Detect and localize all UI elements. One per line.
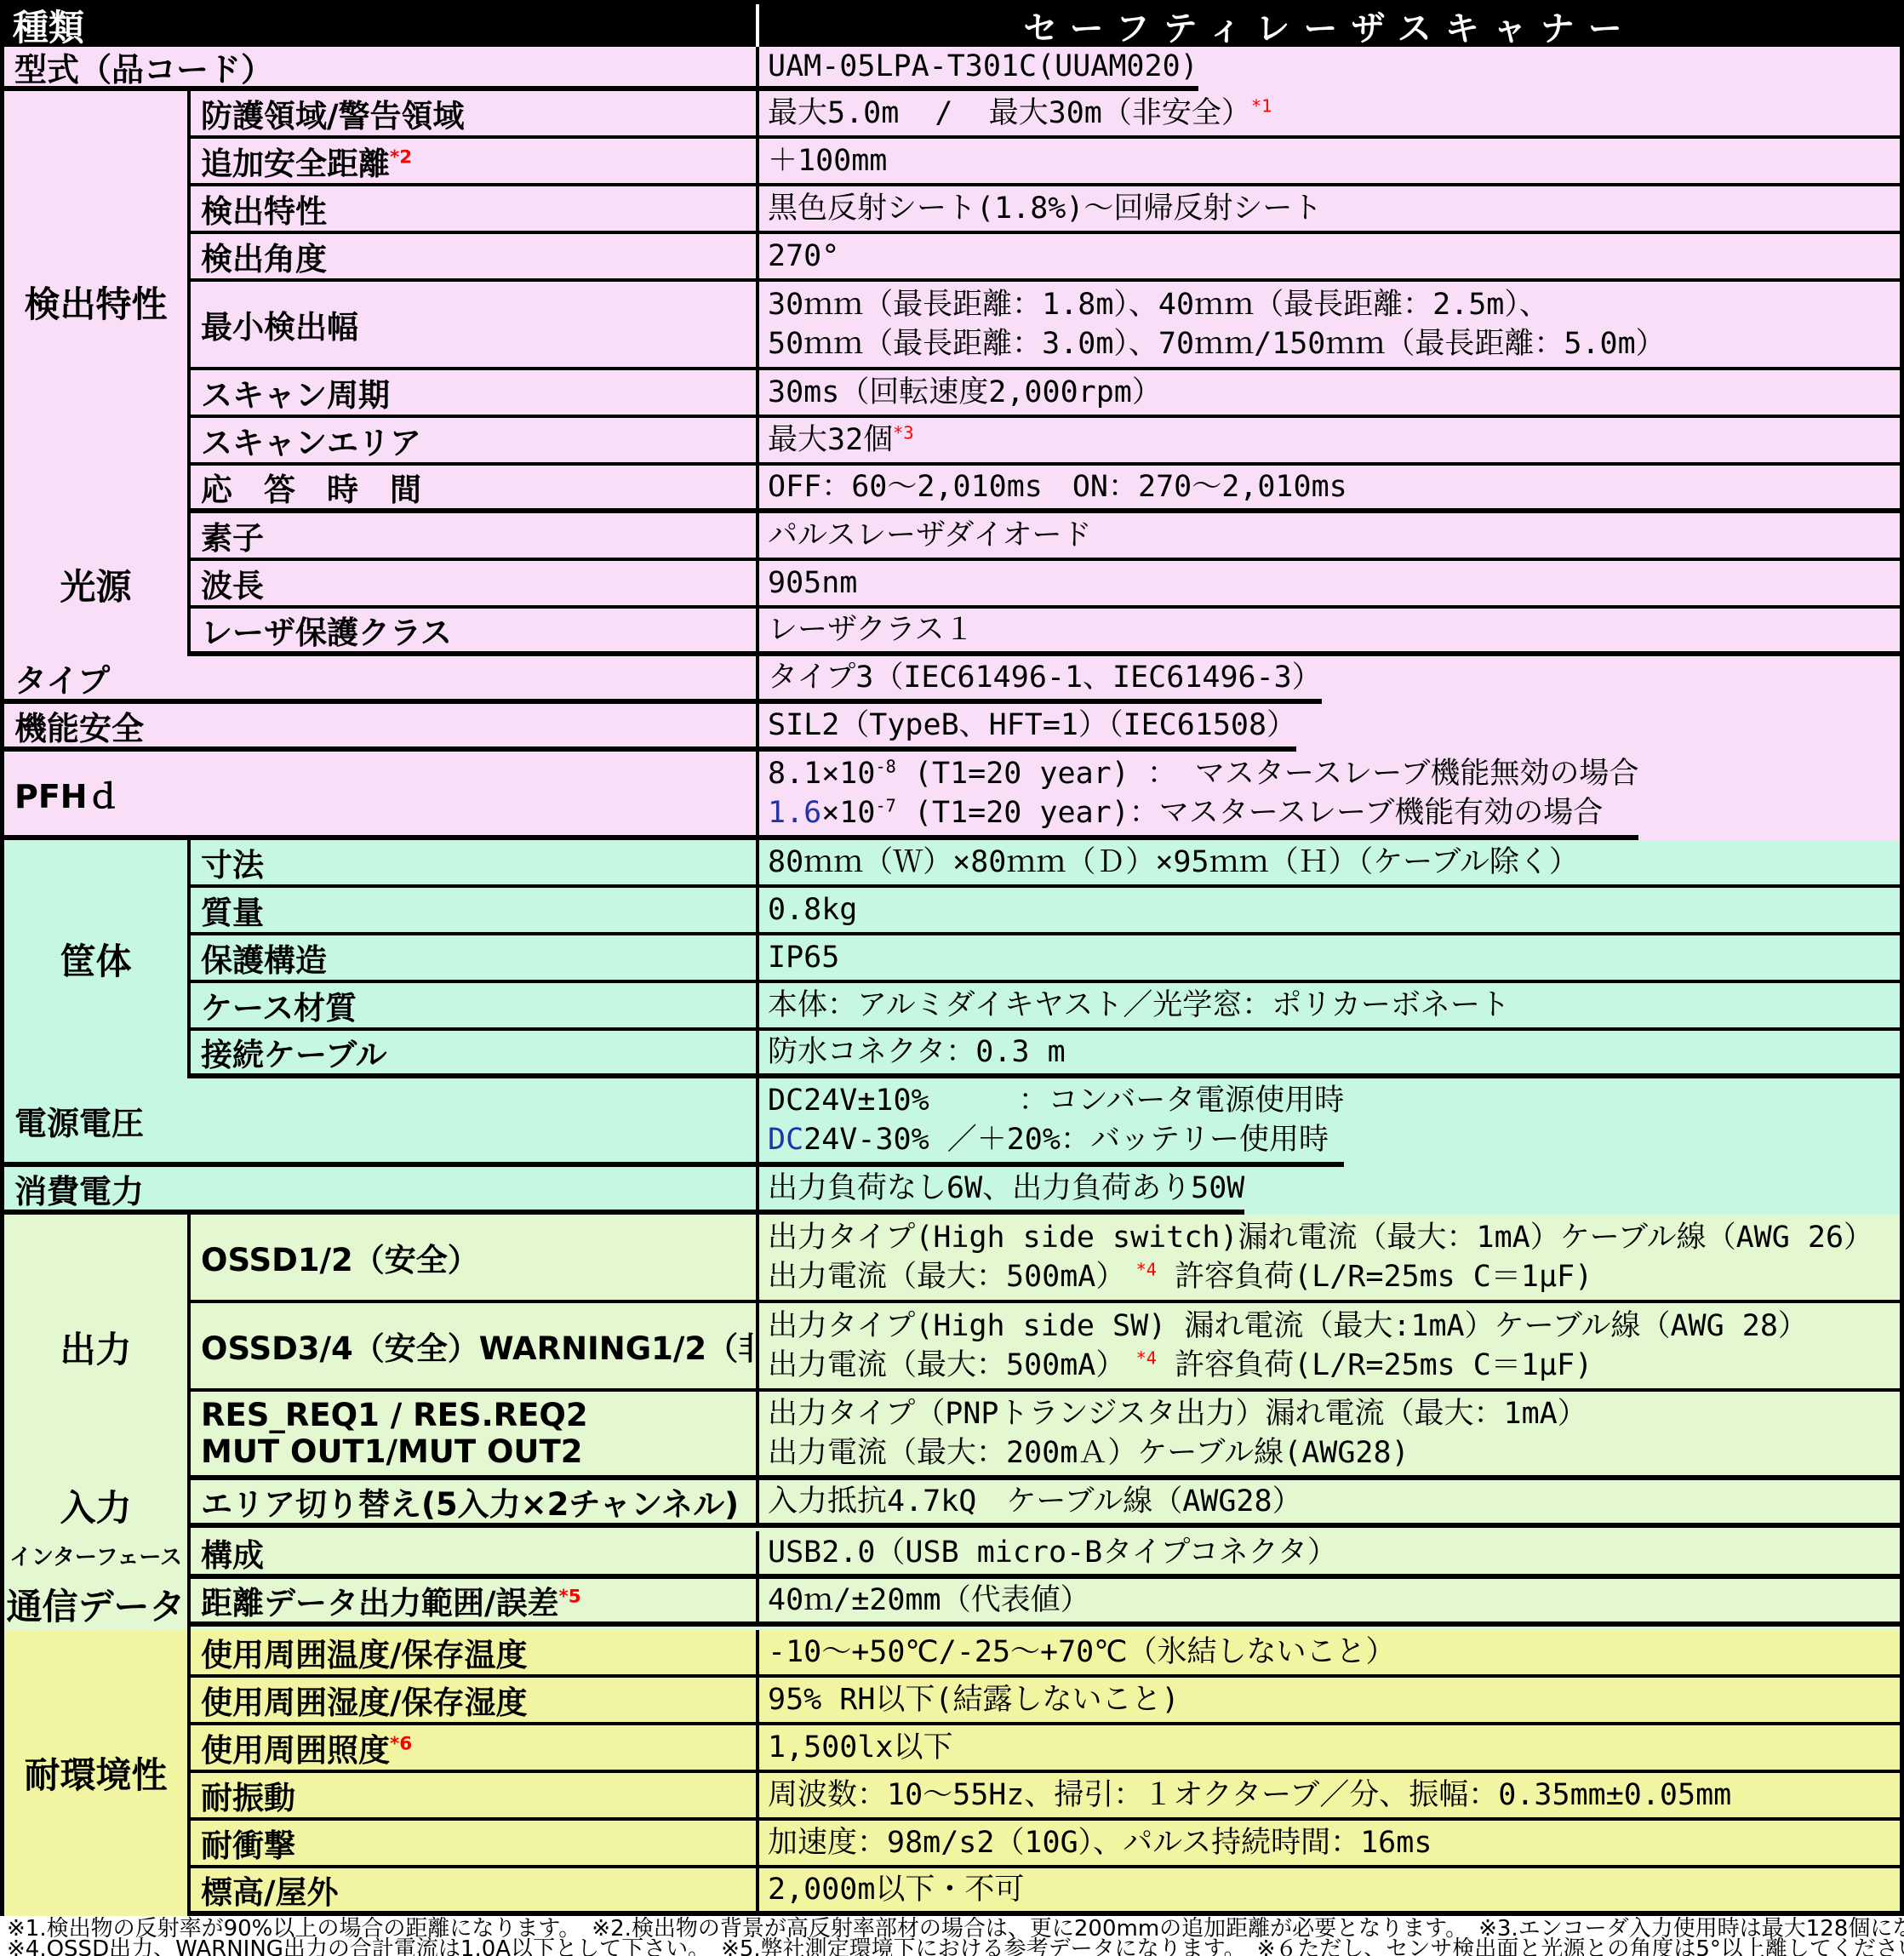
label-response-time: 応 答 時 間: [191, 466, 759, 508]
value-text: パルスレーザダイオード: [768, 518, 1091, 552]
table-row-scan-period: スキャン周期30ms（回転速度2,000rpm）: [191, 370, 1900, 418]
group-label-detection: 検出特性: [4, 91, 191, 513]
value-response-time: OFF：60～2,010ms ON：270～2,010ms: [759, 466, 1900, 508]
section-environment: 耐環境性使用周囲温度/保存温度-10～+50℃/-25～+70℃（氷結しないこと…: [4, 1630, 1900, 1916]
label-element: 素子: [191, 513, 759, 558]
value-text: レーザクラス１: [768, 613, 975, 647]
table-row-wavelength: 波長905nm: [191, 561, 1900, 609]
label-text: スキャン周期: [201, 377, 390, 414]
label-text: 保護構造: [201, 942, 327, 979]
label-scan-period: スキャン周期: [191, 370, 759, 415]
label-text: 検出特性: [201, 193, 327, 230]
label-configuration: 構成: [191, 1531, 759, 1574]
label-protection-structure: 保護構造: [191, 935, 759, 980]
table-row-response-time: 応 答 時 間OFF：60～2,010ms ON：270～2,010ms: [191, 466, 1900, 513]
label-text: 型式（品コード）: [14, 51, 273, 87]
value-text: 出力電流（最大：200mＡ）ケーブル線(AWG28): [768, 1436, 1409, 1470]
section-comm-data: 通信データ距離データ出力範囲/誤差*540ｍ/±20mm（代表値）: [4, 1579, 1900, 1630]
value-protection-area: 最大5.0m / 最大30m（非安全）*1: [759, 91, 1900, 135]
value-text: 50ｍｍ（最長距離：3.0m）、70ｍｍ/150ｍｍ（最長距離：5.0m）: [768, 327, 1666, 361]
value-text: DC: [768, 1123, 803, 1157]
value-power-consumption: 出力負荷なし6W、出力負荷あり50W: [759, 1167, 1244, 1210]
table-header-row: 種類 セーフティレーザスキャナー: [4, 4, 1900, 47]
value-case-material: 本体：アルミダイキヤスト／光学窓：ポリカーボネート: [759, 983, 1900, 1027]
group-rows-input: エリア切り替え(5入力×2チャンネル)入力抵抗4.7kQ ケーブル線（AWG28…: [191, 1480, 1900, 1531]
value-text: 出力電流（最大：500mA）: [768, 1260, 1125, 1294]
value-text: 24V-30% ／＋20%：バッテリー使用時: [803, 1123, 1329, 1157]
table-row-min-detect-width: 最小検出幅30ｍｍ（最長距離：1.8m）、40ｍｍ（最長距離：2.5m）、50ｍ…: [191, 282, 1900, 370]
label-text: スキャンエリア: [201, 425, 421, 461]
section-type: タイプタイプ3（IEC61496-1、IEC61496-3）: [4, 656, 1900, 704]
value-text: UAM-05LPA-T301C(UUAM020): [768, 49, 1198, 83]
value-text: ＋100mm: [768, 144, 887, 178]
footnote-ref: -8: [875, 756, 895, 776]
value-text: 最大32個: [768, 423, 893, 457]
label-text: RES_REQ1 / RES.REQ2: [201, 1397, 588, 1433]
table-row-mass: 質量0.8kg: [191, 888, 1900, 935]
table-row-vibration: 耐振動周波数：10～55Hz、掃引：１オクターブ／分、振幅：0.35mm±0.0…: [191, 1773, 1900, 1821]
value-text: 最大5.0m / 最大30m（非安全）: [768, 96, 1251, 130]
footnote-ref: *4: [1125, 1259, 1157, 1279]
group-rows-comm-data: 距離データ出力範囲/誤差*540ｍ/±20mm（代表値）: [191, 1579, 1900, 1630]
label-text: 素子: [201, 520, 264, 557]
value-altitude: 2,000m以下・不可: [759, 1868, 1900, 1911]
value-text: 許容負荷(L/R=25ms C＝1μF): [1157, 1260, 1592, 1294]
table-row-laser-class: レーザ保護クラスレーザクラス１: [191, 609, 1900, 656]
value-power-voltage: DC24V±10% ：コンバータ電源使用時DC24V-30% ／＋20%：バッテ…: [759, 1078, 1344, 1162]
label-protection-area: 防護領域/警告領域: [191, 91, 759, 135]
group-label-input: 入力: [4, 1480, 191, 1531]
footnote-ref: -7: [875, 795, 895, 815]
label-text: 防護領域/警告領域: [201, 98, 465, 134]
section-housing: 筐体寸法80ｍｍ（Ｗ）×80ｍｍ（Ｄ）×95ｍｍ（Ｈ）（ケーブル除く）質量0.8…: [4, 840, 1900, 1078]
table-row-protection-area: 防護領域/警告領域最大5.0m / 最大30m（非安全）*1: [191, 91, 1900, 139]
group-rows-interface: 構成USB2.0（USB micro-Bタイプコネクタ）: [191, 1531, 1900, 1579]
label-text: 波長: [201, 568, 264, 604]
label-ossd34: OSSD3/4（安全）WARNING1/2（非安全）: [191, 1303, 759, 1388]
value-text: DC24V±10% ：コンバータ電源使用時: [768, 1084, 1344, 1118]
table-row-functional-safety: 機能安全SIL2（TypeB、HFT=1）（IEC61508）: [4, 704, 1296, 752]
product-title-cell: セーフティレーザスキャナー: [759, 4, 1900, 47]
value-text: OFF：60～2,010ms ON：270～2,010ms: [768, 470, 1347, 504]
table-row-shock: 耐衝撃加速度：98m/s2（10G）、パルス持続時間：16ms: [191, 1821, 1900, 1868]
value-model: UAM-05LPA-T301C(UUAM020): [759, 47, 1198, 86]
value-text: タイプ3（IEC61496-1、IEC61496-3）: [768, 661, 1322, 695]
label-text: 検出角度: [201, 241, 327, 277]
label-text: 質量: [201, 895, 264, 931]
table-row-ossd12: OSSD1/2（安全）出力タイプ(High side switch)漏れ電流（最…: [191, 1215, 1900, 1303]
section-output: 出力OSSD1/2（安全）出力タイプ(High side switch)漏れ電流…: [4, 1215, 1900, 1480]
label-text: 使用周囲湿度/保存湿度: [201, 1684, 528, 1721]
value-text: 出力電流（最大：500mA）: [768, 1348, 1125, 1382]
footnote-ref: *1: [1251, 95, 1272, 116]
value-illuminance: 1,500lx以下: [759, 1725, 1900, 1770]
table-row-configuration: 構成USB2.0（USB micro-Bタイプコネクタ）: [191, 1531, 1900, 1579]
label-detect-angle: 検出角度: [191, 234, 759, 278]
value-text: 許容負荷(L/R=25ms C＝1μF): [1157, 1348, 1592, 1382]
table-row-distance-data: 距離データ出力範囲/誤差*540ｍ/±20mm（代表値）: [191, 1579, 1900, 1627]
table-row-humidity: 使用周囲湿度/保存湿度95% RH以下(結露しないこと): [191, 1678, 1900, 1725]
value-text: 黒色反射シート(1.8%)～回帰反射シート: [768, 192, 1322, 226]
group-rows-output: OSSD1/2（安全）出力タイプ(High side switch)漏れ電流（最…: [191, 1215, 1900, 1480]
label-text: エリア切り替え(5入力×2チャンネル): [201, 1486, 739, 1523]
value-res-req: 出力タイプ（PNPトランジスタ出力）漏れ電流（最大：1mA）出力電流（最大：20…: [759, 1392, 1900, 1475]
label-text: 機能安全: [14, 710, 144, 747]
table-row-cable: 接続ケーブル防水コネクタ：0.3 m: [191, 1031, 1900, 1078]
label-text: タイプ: [14, 662, 110, 700]
label-text: PFHｄ: [14, 778, 120, 815]
value-add-safety-distance: ＋100mm: [759, 139, 1900, 183]
value-detect-angle: 270°: [759, 234, 1900, 278]
label-illuminance: 使用周囲照度*6: [191, 1725, 759, 1770]
label-altitude: 標高/屋外: [191, 1868, 759, 1911]
table-row-detect-angle: 検出角度270°: [191, 234, 1900, 282]
kind-header-cell: 種類: [4, 4, 759, 47]
label-functional-safety: 機能安全: [4, 704, 759, 746]
value-element: パルスレーザダイオード: [759, 513, 1900, 558]
value-text: 8.1×10: [768, 757, 875, 791]
group-label-light-source: 光源: [4, 513, 191, 656]
value-functional-safety: SIL2（TypeB、HFT=1）（IEC61508）: [759, 704, 1296, 746]
value-detect-characteristic: 黒色反射シート(1.8%)～回帰反射シート: [759, 186, 1900, 231]
label-wavelength: 波長: [191, 561, 759, 605]
table-row-model: 型式（品コード）UAM-05LPA-T301C(UUAM020): [4, 47, 1198, 91]
value-text: 30ｍｍ（最長距離：1.8m）、40ｍｍ（最長距離：2.5m）、: [768, 288, 1549, 322]
label-text: 耐振動: [201, 1780, 295, 1816]
value-dimensions: 80ｍｍ（Ｗ）×80ｍｍ（Ｄ）×95ｍｍ（Ｈ）（ケーブル除く）: [759, 840, 1900, 884]
label-ossd12: OSSD1/2（安全）: [191, 1215, 759, 1300]
group-rows-detection: 防護領域/警告領域最大5.0m / 最大30m（非安全）*1追加安全距離*2＋1…: [191, 91, 1900, 513]
value-text: 95% RH以下(結露しないこと): [768, 1683, 1180, 1717]
group-rows-environment: 使用周囲温度/保存温度-10～+50℃/-25～+70℃（氷結しないこと）使用周…: [191, 1630, 1900, 1916]
value-cable: 防水コネクタ：0.3 m: [759, 1031, 1900, 1073]
section-power-consumption: 消費電力出力負荷なし6W、出力負荷あり50W: [4, 1167, 1900, 1215]
label-text: MUT OUT1/MUT OUT2: [201, 1433, 582, 1470]
label-laser-class: レーザ保護クラス: [191, 609, 759, 651]
value-text: 防水コネクタ：0.3 m: [768, 1035, 1066, 1069]
spec-table: 種類 セーフティレーザスキャナー 型式（品コード）UAM-05LPA-T301C…: [0, 0, 1904, 1916]
value-text: 40ｍ/±20mm（代表値）: [768, 1583, 1090, 1617]
label-text: 構成: [201, 1537, 264, 1574]
label-distance-data: 距離データ出力範囲/誤差*5: [191, 1579, 759, 1621]
value-text: 30ms（回転速度2,000rpm）: [768, 375, 1162, 409]
label-text: 使用周囲温度/保存温度: [201, 1637, 528, 1673]
label-text: OSSD3/4（安全）WARNING1/2（非安全）: [201, 1330, 759, 1367]
table-row-power-consumption: 消費電力出力負荷なし6W、出力負荷あり50W: [4, 1167, 1244, 1215]
label-shock: 耐衝撃: [191, 1821, 759, 1865]
table-row-protection-structure: 保護構造IP65: [191, 935, 1900, 983]
table-row-area-switch: エリア切り替え(5入力×2チャンネル)入力抵抗4.7kQ ケーブル線（AWG28…: [191, 1480, 1900, 1528]
label-text: 寸法: [201, 847, 264, 884]
label-type: タイプ: [4, 656, 759, 699]
section-interface: インターフェース構成USB2.0（USB micro-Bタイプコネクタ）: [4, 1531, 1900, 1579]
value-ossd34: 出力タイプ(High side SW) 漏れ電流（最大:1mA）ケーブル線（AW…: [759, 1303, 1900, 1388]
group-rows-housing: 寸法80ｍｍ（Ｗ）×80ｍｍ（Ｄ）×95ｍｍ（Ｈ）（ケーブル除く）質量0.8kg…: [191, 840, 1900, 1078]
value-text: -10～+50℃/-25～+70℃（氷結しないこと）: [768, 1635, 1396, 1669]
label-res-req: RES_REQ1 / RES.REQ2MUT OUT1/MUT OUT2: [191, 1392, 759, 1475]
label-text: 標高/屋外: [201, 1874, 339, 1911]
table-row-element: 素子パルスレーザダイオード: [191, 513, 1900, 561]
label-detect-characteristic: 検出特性: [191, 186, 759, 231]
spec-sheet: 種類 セーフティレーザスキャナー 型式（品コード）UAM-05LPA-T301C…: [0, 0, 1904, 1956]
table-row-altitude: 標高/屋外2,000m以下・不可: [191, 1868, 1900, 1916]
group-label-housing: 筐体: [4, 840, 191, 1078]
table-row-detect-characteristic: 検出特性黒色反射シート(1.8%)～回帰反射シート: [191, 186, 1900, 234]
label-dimensions: 寸法: [191, 840, 759, 884]
table-row-illuminance: 使用周囲照度*61,500lx以下: [191, 1725, 1900, 1773]
value-text: 出力タイプ(High side SW) 漏れ電流（最大:1mA）ケーブル線（AW…: [768, 1309, 1808, 1343]
label-add-safety-distance: 追加安全距離*2: [191, 139, 759, 183]
value-text: 本体：アルミダイキヤスト／光学窓：ポリカーボネート: [768, 988, 1510, 1022]
label-text: レーザ保護クラス: [201, 615, 452, 651]
value-distance-data: 40ｍ/±20mm（代表値）: [759, 1579, 1900, 1621]
value-area-switch: 入力抵抗4.7kQ ケーブル線（AWG28）: [759, 1480, 1900, 1523]
value-text: 出力タイプ(High side switch)漏れ電流（最大：1mA）ケーブル線…: [768, 1221, 1873, 1255]
value-shock: 加速度：98m/s2（10G）、パルス持続時間：16ms: [759, 1821, 1900, 1865]
group-label-output: 出力: [4, 1215, 191, 1480]
label-min-detect-width: 最小検出幅: [191, 282, 759, 367]
label-area-switch: エリア切り替え(5入力×2チャンネル): [191, 1480, 759, 1523]
value-protection-structure: IP65: [759, 935, 1900, 980]
table-row-dimensions: 寸法80ｍｍ（Ｗ）×80ｍｍ（Ｄ）×95ｍｍ（Ｈ）（ケーブル除く）: [191, 840, 1900, 888]
section-pfhd: PFHｄ8.1×10-8 (T1=20 year) ： マスタースレーブ機能無効…: [4, 752, 1900, 840]
footnote-ref: *4: [1125, 1347, 1157, 1368]
value-scan-area: 最大32個*3: [759, 418, 1900, 462]
group-label-interface: インターフェース: [4, 1531, 191, 1579]
section-functional-safety: 機能安全SIL2（TypeB、HFT=1）（IEC61508）: [4, 704, 1900, 752]
value-text: 出力負荷なし6W、出力負荷あり50W: [768, 1171, 1244, 1205]
label-pfhd: PFHｄ: [4, 752, 759, 835]
label-text: 消費電力: [14, 1173, 144, 1210]
label-power-voltage: 電源電圧: [4, 1078, 759, 1162]
value-text: 0.8kg: [768, 893, 857, 927]
value-type: タイプ3（IEC61496-1、IEC61496-3）: [759, 656, 1322, 699]
value-text: (T1=20 year) ： マスタースレーブ機能無効の場合: [896, 757, 1639, 791]
value-text: 80ｍｍ（Ｗ）×80ｍｍ（Ｄ）×95ｍｍ（Ｈ）（ケーブル除く）: [768, 845, 1579, 879]
label-text: 接続ケーブル: [201, 1037, 387, 1073]
table-row-temperature: 使用周囲温度/保存温度-10～+50℃/-25～+70℃（氷結しないこと）: [191, 1630, 1900, 1678]
value-text: ×10: [821, 796, 875, 830]
label-power-consumption: 消費電力: [4, 1167, 759, 1210]
label-text: 電源電圧: [14, 1105, 144, 1142]
table-row-pfhd: PFHｄ8.1×10-8 (T1=20 year) ： マスタースレーブ機能無効…: [4, 752, 1638, 840]
value-text: 加速度：98m/s2（10G）、パルス持続時間：16ms: [768, 1826, 1432, 1860]
table-row-power-voltage: 電源電圧DC24V±10% ：コンバータ電源使用時DC24V-30% ／＋20%…: [4, 1078, 1344, 1167]
value-text: 周波数：10～55Hz、掃引：１オクターブ／分、振幅：0.35mm±0.05mm: [768, 1778, 1731, 1812]
label-text: 追加安全距離: [201, 146, 390, 182]
table-row-scan-area: スキャンエリア最大32個*3: [191, 418, 1900, 466]
footnote-ref: *3: [893, 422, 913, 443]
value-pfhd: 8.1×10-8 (T1=20 year) ： マスタースレーブ機能無効の場合1…: [759, 752, 1638, 835]
section-power-voltage: 電源電圧DC24V±10% ：コンバータ電源使用時DC24V-30% ／＋20%…: [4, 1078, 1900, 1167]
label-text: 最小検出幅: [201, 309, 358, 346]
table-row-case-material: ケース材質本体：アルミダイキヤスト／光学窓：ポリカーボネート: [191, 983, 1900, 1031]
label-text: 耐衝撃: [201, 1827, 295, 1864]
table-row-add-safety-distance: 追加安全距離*2＋100mm: [191, 139, 1900, 186]
label-mass: 質量: [191, 888, 759, 932]
value-text: 出力タイプ（PNPトランジスタ出力）漏れ電流（最大：1mA）: [768, 1397, 1587, 1431]
value-text: USB2.0（USB micro-Bタイプコネクタ）: [768, 1536, 1337, 1570]
value-text: 入力抵抗4.7kQ ケーブル線（AWG28）: [768, 1484, 1302, 1518]
footnote-ref: *5: [559, 1587, 581, 1608]
value-text: 2,000m以下・不可: [768, 1873, 1024, 1907]
value-wavelength: 905nm: [759, 561, 1900, 605]
value-text: SIL2（TypeB、HFT=1）（IEC61508）: [768, 708, 1296, 742]
group-rows-light-source: 素子パルスレーザダイオード波長905nmレーザ保護クラスレーザクラス１: [191, 513, 1900, 656]
value-text: 1.6: [768, 796, 821, 830]
value-text: 1,500lx以下: [768, 1730, 953, 1764]
group-label-comm-data: 通信データ: [4, 1579, 191, 1630]
section-light-source: 光源素子パルスレーザダイオード波長905nmレーザ保護クラスレーザクラス１: [4, 513, 1900, 656]
value-text: (T1=20 year)：マスタースレーブ機能有効の場合: [896, 796, 1603, 830]
spec-table-body: 型式（品コード）UAM-05LPA-T301C(UUAM020)検出特性防護領域…: [4, 47, 1900, 1916]
label-text: 応 答 時 間: [201, 472, 421, 508]
section-detection: 検出特性防護領域/警告領域最大5.0m / 最大30m（非安全）*1追加安全距離…: [4, 91, 1900, 513]
value-laser-class: レーザクラス１: [759, 609, 1900, 651]
label-vibration: 耐振動: [191, 1773, 759, 1817]
label-model: 型式（品コード）: [4, 47, 759, 86]
label-temperature: 使用周囲温度/保存温度: [191, 1630, 759, 1674]
label-text: OSSD1/2（安全）: [201, 1242, 479, 1278]
value-configuration: USB2.0（USB micro-Bタイプコネクタ）: [759, 1531, 1900, 1574]
value-text: 270°: [768, 239, 839, 273]
value-min-detect-width: 30ｍｍ（最長距離：1.8m）、40ｍｍ（最長距離：2.5m）、50ｍｍ（最長距…: [759, 282, 1900, 367]
label-humidity: 使用周囲湿度/保存湿度: [191, 1678, 759, 1722]
value-vibration: 周波数：10～55Hz、掃引：１オクターブ／分、振幅：0.35mm±0.05mm: [759, 1773, 1900, 1817]
value-mass: 0.8kg: [759, 888, 1900, 932]
label-text: 距離データ出力範囲/誤差: [201, 1585, 559, 1621]
group-label-environment: 耐環境性: [4, 1630, 191, 1916]
section-model: 型式（品コード）UAM-05LPA-T301C(UUAM020): [4, 47, 1900, 91]
value-text: 905nm: [768, 566, 857, 600]
table-row-ossd34: OSSD3/4（安全）WARNING1/2（非安全）出力タイプ(High sid…: [191, 1303, 1900, 1392]
footnote-ref: *6: [390, 1734, 412, 1755]
label-cable: 接続ケーブル: [191, 1031, 759, 1073]
value-ossd12: 出力タイプ(High side switch)漏れ電流（最大：1mA）ケーブル線…: [759, 1215, 1900, 1300]
value-scan-period: 30ms（回転速度2,000rpm）: [759, 370, 1900, 415]
label-case-material: ケース材質: [191, 983, 759, 1027]
section-input: 入力エリア切り替え(5入力×2チャンネル)入力抵抗4.7kQ ケーブル線（AWG…: [4, 1480, 1900, 1531]
value-temperature: -10～+50℃/-25～+70℃（氷結しないこと）: [759, 1630, 1900, 1674]
table-row-res-req: RES_REQ1 / RES.REQ2MUT OUT1/MUT OUT2出力タイ…: [191, 1392, 1900, 1480]
footnote-line-2: ※4.OSSD出力、WARNING出力の合計電流は1.0A以下として下さい。 ※…: [7, 1940, 1904, 1956]
footnotes: ※1.検出物の反射率が90%以上の場合の距離になります。 ※2.検出物の背景が高…: [0, 1916, 1904, 1956]
label-text: ケース材質: [201, 990, 357, 1027]
table-row-type: タイプタイプ3（IEC61496-1、IEC61496-3）: [4, 656, 1322, 704]
label-text: 使用周囲照度: [201, 1732, 390, 1769]
value-humidity: 95% RH以下(結露しないこと): [759, 1678, 1900, 1722]
value-text: IP65: [768, 941, 839, 975]
label-scan-area: スキャンエリア: [191, 418, 759, 462]
footnote-ref: *2: [390, 147, 412, 169]
